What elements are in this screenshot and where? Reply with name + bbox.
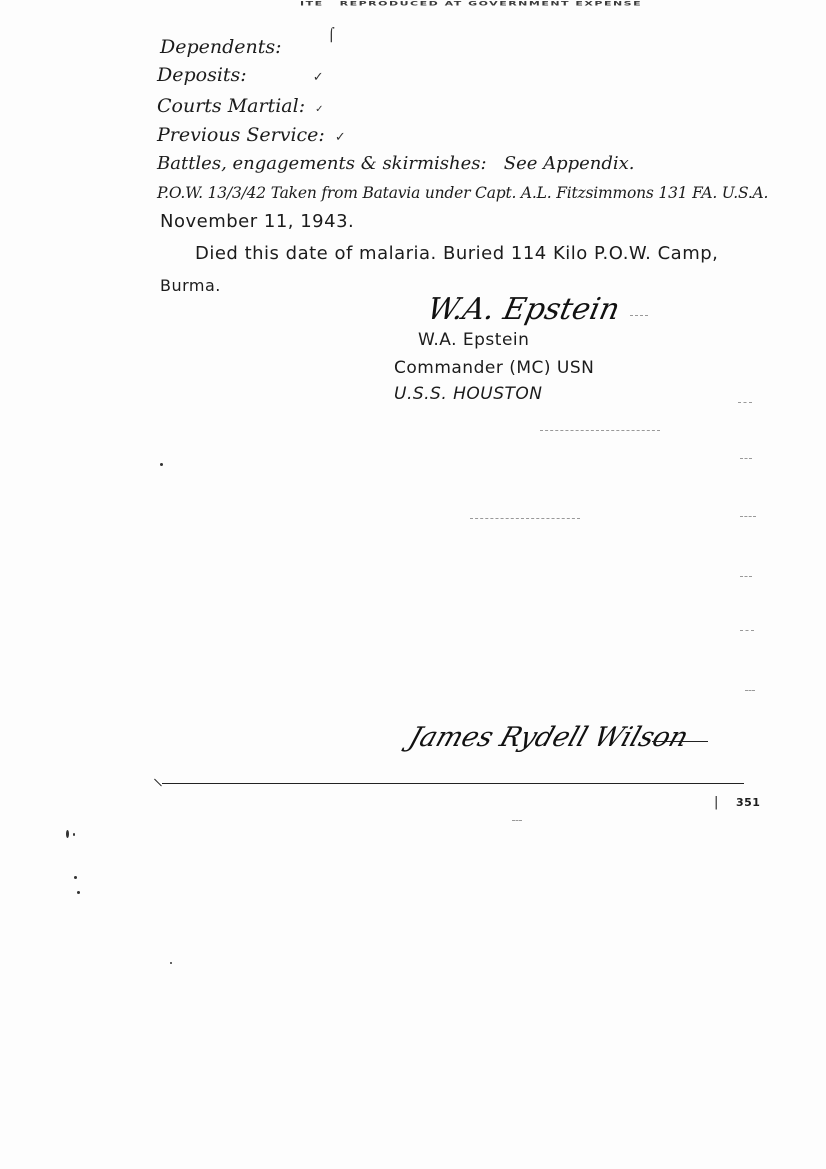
page-mark: 351 (736, 796, 760, 809)
field-battles: Battles, engagements & skirmishes: See A… (157, 153, 635, 174)
bottom-signature: James Rydell Wilson (405, 722, 692, 753)
scan-artifact (630, 315, 648, 316)
scan-artifact (512, 820, 522, 821)
field-label: Deposits: (157, 64, 247, 86)
scan-artifact (540, 430, 660, 431)
death-note-line-1: Died this date of malaria. Buried 114 Ki… (195, 243, 718, 264)
field-previous-service: Previous Service: ✓ (157, 124, 346, 146)
stamp-prefix: ITE (300, 0, 324, 7)
scan-speck (74, 876, 77, 879)
field-value: See Appendix. (504, 153, 635, 174)
field-label: Dependents: (160, 36, 282, 58)
scan-artifact (740, 516, 756, 517)
footer-tick: | (714, 795, 719, 810)
reproduction-stamp: ITE REPRODUCED AT GOVERNMENT EXPENSE (300, 0, 642, 7)
field-dependents: Dependents: (160, 36, 282, 58)
death-note-line-2: Burma. (160, 276, 221, 295)
check-mark-icon: ✓ (313, 70, 324, 85)
officer-signature: W.A. Epstein (424, 292, 623, 327)
scan-speck (77, 891, 80, 894)
scan-speck (160, 463, 163, 466)
scan-artifact (745, 690, 755, 691)
date-entry: November 11, 1943. (160, 211, 354, 232)
check-mark-icon: ✓ (315, 104, 323, 115)
pow-entry: P.O.W. 13/3/42 Taken from Batavia under … (157, 184, 768, 202)
scan-artifact (740, 630, 754, 631)
bottom-rule (162, 783, 744, 784)
field-deposits: Deposits: ✓ (157, 64, 324, 86)
field-label: Previous Service: (157, 124, 325, 146)
scan-speck (73, 833, 75, 836)
scan-artifact (470, 518, 580, 519)
check-mark-icon: ⌠ (328, 28, 335, 43)
officer-name: W.A. Epstein (418, 330, 529, 350)
scan-artifact (738, 402, 752, 403)
scan-artifact (740, 458, 752, 459)
field-courts-martial: Courts Martial: ✓ (157, 95, 324, 117)
signature-underline (652, 741, 708, 742)
rule-hook (154, 772, 169, 787)
officer-rank: Commander (MC) USN (394, 358, 594, 378)
field-label: Battles, engagements & skirmishes: (157, 153, 487, 174)
scan-artifact (740, 576, 752, 577)
stamp-text: REPRODUCED AT GOVERNMENT EXPENSE (340, 0, 642, 7)
scan-speck (66, 830, 69, 838)
scan-speck (170, 962, 172, 964)
field-label: Courts Martial: (157, 95, 305, 117)
document-page: ITE REPRODUCED AT GOVERNMENT EXPENSE ⌠ D… (0, 0, 826, 1169)
officer-ship: U.S.S. HOUSTON (394, 384, 543, 404)
check-mark-icon: ✓ (335, 130, 346, 145)
